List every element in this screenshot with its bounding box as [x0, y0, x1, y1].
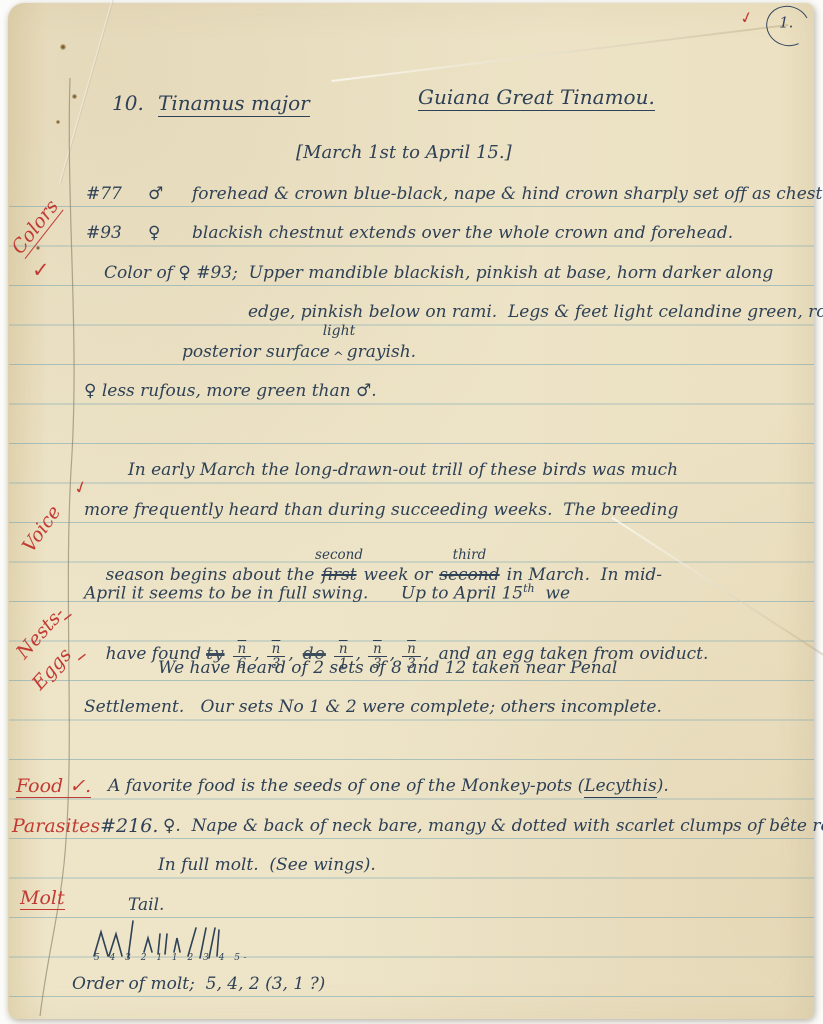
inserted-word-third: third [453, 549, 487, 562]
male-symbol: ♂ [148, 181, 192, 207]
voice-line-4: April it seems to be in full swing. Up t… [84, 576, 570, 607]
margin-label-parasites: Parasites#216. [12, 815, 158, 837]
nests-line-3: Settlement. Our sets No 1 & 2 were compl… [84, 694, 662, 720]
inserted-word-second: second [315, 549, 363, 562]
tail-label: Tail. [128, 892, 164, 918]
date-range: [March 1st to April 15.] [296, 140, 512, 166]
color-note-line-3: posterior surfacelight^grayish. [182, 339, 416, 371]
color-note-line-1: Color of ♀ #93; Upper mandible blackish,… [104, 260, 773, 286]
species-name: Tinamus major [158, 90, 310, 116]
color-note-line-2: edge, pinkish below on rami. Legs & feet… [248, 299, 823, 325]
specimen-entry-93: #93♀blackish chestnut extends over the w… [86, 220, 733, 246]
margin-label-food: Food ✓. [16, 775, 91, 797]
genus-name: Lecythis [584, 776, 656, 798]
parasites-line-2: In full molt. (See wings). [158, 852, 376, 878]
scanned-notebook-page: ✓ 1. 10. Tinamus major Guiana Great Tina… [0, 0, 823, 1024]
margin-label-molt: Molt [20, 887, 65, 909]
colors-checkmark-icon: ✓ [32, 258, 50, 282]
caret-mark: ^ [333, 350, 344, 365]
food-line: A favorite food is the seeds of one of t… [108, 773, 669, 799]
parasites-line-1: ♀. Nape & back of neck bare, mangy & dot… [163, 813, 823, 839]
specimen-entry-77: #77♂forehead & crown blue-black, nape & … [86, 181, 823, 207]
page-number: 1. [779, 13, 793, 31]
female-symbol: ♀ [148, 220, 192, 246]
entry-number: 10. [112, 90, 144, 116]
common-name: Guiana Great Tinamou. [418, 84, 655, 110]
molt-order-line: Order of molt; 5, 4, 2 (3, 1 ?) [72, 971, 325, 997]
voice-line-2: more frequently heard than during succee… [84, 497, 678, 523]
color-note-line-4: ♀ less rufous, more green than ♂. [84, 378, 377, 404]
nests-line-2: We have heard of 2 sets of 8 and 12 take… [158, 655, 617, 681]
voice-line-1: In early March the long-drawn-out trill … [128, 457, 678, 483]
parasite-specimen-number: #216. [100, 815, 158, 837]
feather-numbers: 5 4 3 2 1 1 2 3 4 5- [94, 953, 250, 963]
inserted-word-light: light [323, 324, 356, 338]
